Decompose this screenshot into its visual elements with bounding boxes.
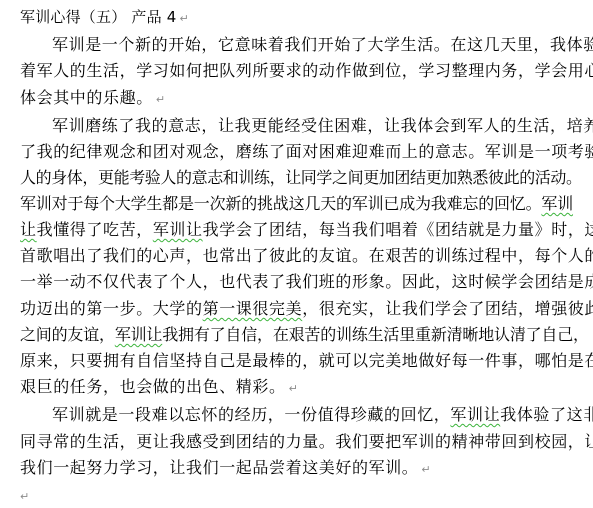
line-text: 体会其中的乐趣。 (20, 88, 153, 107)
line-text: 我体验了这非 (500, 405, 593, 424)
document-title: 军训心得（五） 产品 4↵ (20, 4, 189, 30)
line-text: 之间的友谊， (20, 325, 115, 344)
line-text: 军训对于每个大学生都是一次新的挑战这几天的军训已成为我难忘的回忆。 (20, 194, 541, 213)
paragraph-1-line-2: 着军人的生活，学习如何把队列所要求的动作做到位，学习整理内务，学会用心 (20, 58, 593, 84)
paragraph-2-line-6: 首歌唱出了我们的心声，也常出了彼此的友谊。在艰苦的训练过程中，每个人的 (20, 243, 593, 269)
grammar-flagged-text[interactable]: 军训让 (450, 405, 500, 424)
line-text: 艰巨的任务，也会做的出色、精彩。 (20, 377, 286, 396)
paragraph-2-line-2: 了我的纪律观念和团对观念，磨练了面对困难迎难而上的意志。军训是一项考验 (20, 139, 593, 165)
paragraph-2-line-11: 艰巨的任务，也会做的出色、精彩。↵ (20, 374, 298, 400)
line-text: 功迈出的第一步。大学的 (20, 299, 203, 318)
paragraph-2-line-3: 人的身体，更能考验人的意志和训练，让同学之间更加团结更加熟悉彼此的活动。 (20, 165, 582, 191)
line-text: 我学会了团结，每当我们唱着《团结就是力量》时，这 (203, 220, 593, 239)
line-text: ，很充实，让我们学会了团结，增强彼此 (302, 299, 593, 318)
paragraph-3-line-3: 我们一起努力学习，让我们一起品尝着这美好的军训。↵ (20, 455, 431, 481)
grammar-flagged-text[interactable]: 让 (20, 220, 37, 239)
paragraph-mark-icon: ↵ (179, 12, 188, 25)
paragraph-1-line-1: 军训是一个新的开始，它意味着我们开始了大学生活。在这几天里，我体验 (52, 32, 593, 58)
line-text: 军训就是一段难以忘怀的经历，一份值得珍藏的回忆， (52, 405, 450, 424)
grammar-flagged-text[interactable]: 第一课很完美 (203, 299, 303, 318)
paragraph-2-line-9: 之间的友谊，军训让我拥有了自信，在艰苦的训练生活里重新清晰地认清了自己， (20, 322, 589, 348)
grammar-flagged-text[interactable]: 军训让 (153, 220, 203, 239)
title-text: 军训心得（五） 产品 4 (20, 8, 176, 26)
paragraph-mark-icon: ↵ (156, 93, 166, 106)
paragraph-mark-icon: ↵ (289, 382, 299, 395)
line-text: 我们一起努力学习，让我们一起品尝着这美好的军训。 (20, 458, 418, 477)
paragraph-mark-icon: ↵ (20, 490, 30, 503)
paragraph-2-line-8: 功迈出的第一步。大学的第一课很完美，很充实，让我们学会了团结，增强彼此 (20, 296, 593, 322)
paragraph-3-line-1: 军训就是一段难以忘怀的经历，一份值得珍藏的回忆，军训让我体验了这非 (52, 402, 593, 428)
empty-paragraph: ↵ (20, 482, 30, 508)
paragraph-2-line-1: 军训磨练了我的意志，让我更能经受住困难，让我体会到军人的生活，培养 (52, 113, 593, 139)
grammar-flagged-text[interactable]: 军训 (541, 194, 573, 213)
grammar-flagged-text[interactable]: 军训让 (115, 325, 162, 344)
paragraph-2-line-10: 原来，只要拥有自信坚持自己是最棒的，就可以完美地做好每一件事，哪怕是在 (20, 348, 593, 374)
line-text: 我懂得了吃苦， (37, 220, 153, 239)
paragraph-3-line-2: 同寻常的生活，更让我感受到团结的力量。我们要把军训的精神带回到校园，让 (20, 429, 593, 455)
paragraph-2-line-4: 军训对于每个大学生都是一次新的挑战这几天的军训已成为我难忘的回忆。军训 (20, 191, 573, 217)
paragraph-mark-icon: ↵ (421, 463, 431, 476)
paragraph-2-line-5: 让我懂得了吃苦，军训让我学会了团结，每当我们唱着《团结就是力量》时，这 (20, 217, 593, 243)
paragraph-1-line-3: 体会其中的乐趣。↵ (20, 85, 166, 111)
paragraph-2-line-7: 一举一动不仅代表了个人，也代表了我们班的形象。因此，这时候学会团结是成 (20, 269, 593, 295)
line-text: 我拥有了自信，在艰苦的训练生活里重新清晰地认清了自己， (162, 325, 589, 344)
